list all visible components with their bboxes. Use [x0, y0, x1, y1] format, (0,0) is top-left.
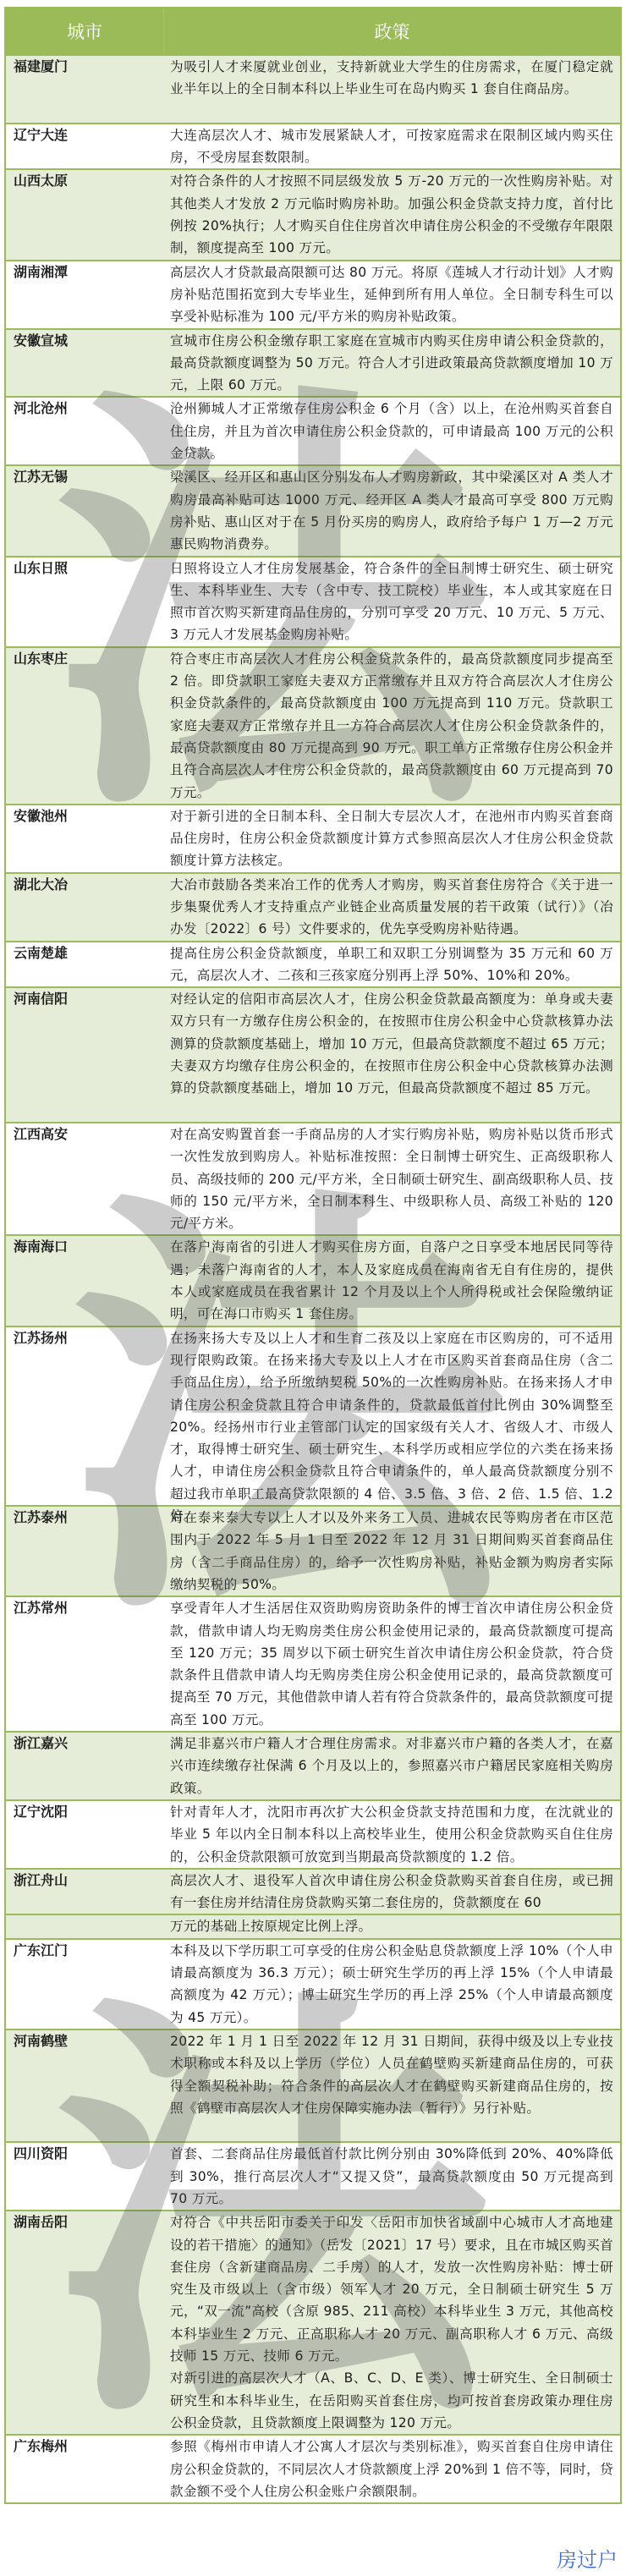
- header-city: 城市: [6, 8, 164, 54]
- table-row-continuation: 万元的基础上按原规定比例上浮。: [6, 1914, 620, 1937]
- city-cell: 浙江嘉兴: [6, 1733, 163, 1799]
- table-row: 云南楚雄提高住房公积金贷款额度，单职工和双职工分别调整为 35 万元和 60 万…: [6, 941, 620, 987]
- policy-text: 日照将设立人才住房发展基金，符合条件的全日制博士研究生、硕士研究生、本科毕业生、…: [170, 561, 613, 643]
- city-cell: 山西太原: [6, 170, 163, 259]
- policy-text: 大冶市鼓励各类来冶工作的优秀人才购房，购买首套住房符合《关于进一步集聚优秀人才支…: [170, 877, 613, 937]
- policy-text: 首套、二套商品住房最低首付款比例分别由 30%降低到 20%、40%降低到 30…: [170, 2146, 613, 2206]
- policy-cell: 大冶市鼓励各类来冶工作的优秀人才购房，购买首套住房符合《关于进一步集聚优秀人才支…: [163, 874, 620, 941]
- table-row: 广东江门本科及以下学历职工可享受的住房公积金贴息贷款额度上浮 10%（个人申请最…: [6, 1938, 620, 2029]
- table-row: 广东梅州参照《梅州市申请人才公寓人才层次与类别标准》，购买首套自住房申请住房公积…: [6, 2434, 620, 2502]
- table-row: 辽宁大连大连高层次人才、城市发展紧缺人才，可按家庭需求在限制区域内购买住房，不受…: [6, 123, 620, 169]
- policy-cell: 在扬来扬大专及以上人才和生育二孩及以上家庭在市区购房的，可不适用现行限购政策。在…: [163, 1327, 620, 1505]
- table-row: 江苏无锡梁溪区、经开区和惠山区分别发布人才购房新政，其中梁溪区对 A 类人才购房…: [6, 464, 620, 555]
- policy-text: 对经认定的信阳市高层次人才，住房公积金贷款最高额度为：单身或夫妻双方只有一方缴存…: [170, 991, 613, 1096]
- city-cell: 山东日照: [6, 557, 163, 646]
- policy-text: 对在泰来泰大专以上人才以及外来务工人员、进城农民等购房者在市区范围内于 2022…: [170, 1510, 613, 1592]
- policy-cell: 提高住房公积金贷款额度，单职工和双职工分别调整为 35 万元和 60 万元，高层…: [163, 942, 620, 987]
- table-row: 安徽宣城宣城市住房公积金缴存职工家庭在宣城市内购买住房申请公积金贷款的，最高贷款…: [6, 328, 620, 397]
- city-cell: 浙江舟山: [6, 1870, 163, 1914]
- policy-cell: 沧州狮城人才正常缴存住房公积金 6 个月（含）以上，在沧州购买首套自住住房，并且…: [163, 398, 620, 464]
- table-row: 山西太原对符合条件的人才按照不同层级发放 5 万-20 万元的一次性购房补贴。对…: [6, 168, 620, 259]
- city-cell: 江苏泰州: [6, 1507, 163, 1596]
- policy-cell: 为吸引人才来厦就业创业，支持新就业大学生的住房需求，在厦门稳定就业半年以上的全日…: [163, 56, 620, 123]
- policy-cell: 2022 年 1 月 1 日至 2022 年 12 月 31 日期间，获得中级及…: [163, 2030, 620, 2142]
- city-cell-empty: [6, 1915, 163, 1937]
- policy-cell: 宣城市住房公积金缴存职工家庭在宣城市内购买住房申请公积金贷款的，最高贷款额度调整…: [163, 330, 620, 397]
- table-row: 河北沧州沧州狮城人才正常缴存住房公积金 6 个月（含）以上，在沧州购买首套自住住…: [6, 396, 620, 464]
- city-cell: 湖北大冶: [6, 874, 163, 941]
- policy-text: 对在高安购置首套一手商品房的人才实行购房补贴，购房补贴以货币形式一次性发放到购房…: [170, 1127, 613, 1231]
- policy-cell: 满足非嘉兴市户籍人才合理住房需求。对非嘉兴市户籍的各类人才，在嘉兴市连续缴存社保…: [163, 1733, 620, 1799]
- table-row: 江西高安对在高安购置首套一手商品房的人才实行购房补贴，购房补贴以货币形式一次性发…: [6, 1122, 620, 1235]
- table-row: 山东枣庄符合枣庄市高层次人才住房公积金贷款条件的，最高贷款额度同步提高至 2 倍…: [6, 646, 620, 804]
- policy-text: 为吸引人才来厦就业创业，支持新就业大学生的住房需求，在厦门稳定就业半年以上的全日…: [170, 59, 613, 96]
- header-policy: 政策: [164, 19, 620, 44]
- policy-cell: 对符合条件的人才按照不同层级发放 5 万-20 万元的一次性购房补贴。对其他类人…: [163, 170, 620, 259]
- table-row: 安徽池州对于新引进的全日制本科、全日制大专层次人才，在池州市内购买首套商品住房时…: [6, 804, 620, 872]
- policy-cell: 参照《梅州市申请人才公寓人才层次与类别标准》，购买首套自住房申请住房公积金贷款的…: [163, 2436, 620, 2502]
- city-cell: 河南信阳: [6, 988, 163, 1122]
- policy-table: 城市 政策 福建厦门为吸引人才来厦就业创业，支持新就业大学生的住房需求，在厦门稳…: [4, 7, 622, 2504]
- city-cell: 江西高安: [6, 1123, 163, 1235]
- city-cell: 山东枣庄: [6, 648, 163, 804]
- table-row: 湖南岳阳对符合《中共岳阳市委关于印发〈岳阳市加快省域副中心城市人才高地建设的若干…: [6, 2210, 620, 2434]
- table-row: 四川资阳首套、二套商品住房最低首付款比例分别由 30%降低到 20%、40%降低…: [6, 2141, 620, 2210]
- city-cell: 广东江门: [6, 1940, 163, 2029]
- table-row: 河南鹤壁2022 年 1 月 1 日至 2022 年 12 月 31 日期间，获…: [6, 2029, 620, 2142]
- policy-text: 宣城市住房公积金缴存职工家庭在宣城市内购买住房申请公积金贷款的，最高贷款额度调整…: [170, 333, 613, 393]
- policy-text: 大连高层次人才、城市发展紧缺人才，可按家庭需求在限制区域内购买住房，不受房屋套数…: [170, 128, 613, 165]
- city-cell: 湖南岳阳: [6, 2211, 163, 2434]
- policy-text: 享受青年人才生活居住双资助购房资助条件的博士首次申请住房公积金贷款，借款申请人均…: [170, 1601, 613, 1727]
- city-cell: 江苏扬州: [6, 1327, 163, 1505]
- policy-text: 参照《梅州市申请人才公寓人才层次与类别标准》，购买首套自住房申请住房公积金贷款的…: [170, 2439, 613, 2499]
- table-row: 福建厦门为吸引人才来厦就业创业，支持新就业大学生的住房需求，在厦门稳定就业半年以…: [6, 54, 620, 123]
- policy-text: 满足非嘉兴市户籍人才合理住房需求。对非嘉兴市户籍的各类人才，在嘉兴市连续缴存社保…: [170, 1736, 613, 1796]
- city-cell: 湖南湘潭: [6, 261, 163, 328]
- table-row: 辽宁沈阳针对青年人才，沈阳市再次扩大公积金贷款支持范围和力度，在沈就业的毕业 5…: [6, 1799, 620, 1868]
- city-cell: 安徽宣城: [6, 330, 163, 397]
- policy-text: 对符合《中共岳阳市委关于印发〈岳阳市加快省域副中心城市人才高地建设的若干措施〉的…: [170, 2215, 613, 2364]
- table-row: 河南信阳对经认定的信阳市高层次人才，住房公积金贷款最高额度为：单身或夫妻双方只有…: [6, 986, 620, 1122]
- policy-cell: 高层次人才贷款最高限额可达 80 万元。将原《莲城人才行动计划》人才购房补贴范围…: [163, 261, 620, 328]
- corner-watermark-text: 房过户: [557, 2543, 618, 2573]
- table-row: 浙江舟山高层次人才、退役军人首次申请住房公积金贷款购买首套自住房，或已拥有一套住…: [6, 1868, 620, 1914]
- city-cell: 江苏常州: [6, 1597, 163, 1731]
- city-cell: 江苏无锡: [6, 466, 163, 555]
- policy-cell: 针对青年人才，沈阳市再次扩大公积金贷款支持范围和力度，在沈就业的毕业 5 年以内…: [163, 1801, 620, 1868]
- policy-cell: 对在泰来泰大专以上人才以及外来务工人员、进城农民等购房者在市区范围内于 2022…: [163, 1507, 620, 1596]
- policy-text: 对于新引进的全日制本科、全日制大专层次人才，在池州市内购买首套商品住房时，住房公…: [170, 809, 613, 869]
- policy-cell: 日照将设立人才住房发展基金，符合条件的全日制博士研究生、硕士研究生、本科毕业生、…: [163, 557, 620, 646]
- policy-text: 本科及以下学历职工可享受的住房公积金贴息贷款额度上浮 10%（个人申请最高额度为…: [170, 1943, 613, 2025]
- policy-text: 在落户海南省的引进人才购买住房方面，自落户之日享受本地居民同等待遇；未落户海南省…: [170, 1239, 613, 1321]
- city-cell: 河南鹤壁: [6, 2030, 163, 2142]
- table-row: 山东日照日照将设立人才住房发展基金，符合条件的全日制博士研究生、硕士研究生、本科…: [6, 556, 620, 646]
- policy-cell: 符合枣庄市高层次人才住房公积金贷款条件的，最高贷款额度同步提高至 2 倍。即贷款…: [163, 648, 620, 804]
- table-row: 湖北大冶大冶市鼓励各类来冶工作的优秀人才购房，购买首套住房符合《关于进一步集聚优…: [6, 872, 620, 941]
- policy-text: 高层次人才、退役军人首次申请住房公积金贷款购买首套自住房，或已拥有一套住房并结清…: [170, 1873, 613, 1910]
- city-cell: 辽宁大连: [6, 124, 163, 169]
- table-row: 湖南湘潭高层次人才贷款最高限额可达 80 万元。将原《莲城人才行动计划》人才购房…: [6, 260, 620, 328]
- table-body: 福建厦门为吸引人才来厦就业创业，支持新就业大学生的住房需求，在厦门稳定就业半年以…: [6, 54, 620, 2502]
- table-header: 城市 政策: [6, 8, 620, 54]
- policy-cell: 高层次人才、退役军人首次申请住房公积金贷款购买首套自住房，或已拥有一套住房并结清…: [163, 1870, 620, 1914]
- policy-cell: 对符合《中共岳阳市委关于印发〈岳阳市加快省域副中心城市人才高地建设的若干措施〉的…: [163, 2211, 620, 2434]
- city-cell: 海南海口: [6, 1236, 163, 1325]
- policy-text: 提高住房公积金贷款额度，单职工和双职工分别调整为 35 万元和 60 万元，高层…: [170, 946, 613, 983]
- city-cell: 福建厦门: [6, 56, 163, 123]
- city-cell: 河北沧州: [6, 398, 163, 464]
- city-cell: 安徽池州: [6, 805, 163, 872]
- policy-cell: 对经认定的信阳市高层次人才，住房公积金贷款最高额度为：单身或夫妻双方只有一方缴存…: [163, 988, 620, 1122]
- policy-cell: 首套、二套商品住房最低首付款比例分别由 30%降低到 20%、40%降低到 30…: [163, 2143, 620, 2210]
- policy-cell: 在落户海南省的引进人才购买住房方面，自落户之日享受本地居民同等待遇；未落户海南省…: [163, 1236, 620, 1325]
- policy-cell: 大连高层次人才、城市发展紧缺人才，可按家庭需求在限制区域内购买住房，不受房屋套数…: [163, 124, 620, 169]
- policy-text-extra: 对新引进的高层次人才（A、B、C、D、E 类）、博士研究生、全日制硕士研究生和本…: [170, 2367, 613, 2434]
- policy-text: 在扬来扬大专及以上人才和生育二孩及以上家庭在市区购房的，可不适用现行限购政策。在…: [170, 1331, 613, 1524]
- policy-cell: 对于新引进的全日制本科、全日制大专层次人才，在池州市内购买首套商品住房时，住房公…: [163, 805, 620, 872]
- policy-text: 符合枣庄市高层次人才住房公积金贷款条件的，最高贷款额度同步提高至 2 倍。即贷款…: [170, 651, 613, 800]
- table-row: 江苏泰州对在泰来泰大专以上人才以及外来务工人员、进城农民等购房者在市区范围内于 …: [6, 1505, 620, 1596]
- policy-cell: 万元的基础上按原规定比例上浮。: [163, 1915, 620, 1937]
- table-row: 江苏常州享受青年人才生活居住双资助购房资助条件的博士首次申请住房公积金贷款，借款…: [6, 1596, 620, 1731]
- policy-cell: 本科及以下学历职工可享受的住房公积金贴息贷款额度上浮 10%（个人申请最高额度为…: [163, 1940, 620, 2029]
- city-cell: 四川资阳: [6, 2143, 163, 2210]
- policy-text: 高层次人才贷款最高限额可达 80 万元。将原《莲城人才行动计划》人才购房补贴范围…: [170, 265, 613, 325]
- city-cell: 云南楚雄: [6, 942, 163, 987]
- table-row: 海南海口在落户海南省的引进人才购买住房方面，自落户之日享受本地居民同等待遇；未落…: [6, 1234, 620, 1325]
- policy-cell: 梁溪区、经开区和惠山区分别发布人才购房新政，其中梁溪区对 A 类人才购房最高补贴…: [163, 466, 620, 555]
- policy-cell: 享受青年人才生活居住双资助购房资助条件的博士首次申请住房公积金贷款，借款申请人均…: [163, 1597, 620, 1731]
- policy-text: 2022 年 1 月 1 日至 2022 年 12 月 31 日期间，获得中级及…: [170, 2034, 613, 2116]
- policy-cell: 对在高安购置首套一手商品房的人才实行购房补贴，购房补贴以货币形式一次性发放到购房…: [163, 1123, 620, 1235]
- policy-text: 梁溪区、经开区和惠山区分别发布人才购房新政，其中梁溪区对 A 类人才购房最高补贴…: [170, 470, 613, 552]
- policy-text: 对符合条件的人才按照不同层级发放 5 万-20 万元的一次性购房补贴。对其他类人…: [170, 173, 613, 255]
- table-row: 江苏扬州在扬来扬大专及以上人才和生育二孩及以上家庭在市区购房的，可不适用现行限购…: [6, 1326, 620, 1505]
- policy-text: 针对青年人才，沈阳市再次扩大公积金贷款支持范围和力度，在沈就业的毕业 5 年以内…: [170, 1804, 613, 1865]
- policy-text: 沧州狮城人才正常缴存住房公积金 6 个月（含）以上，在沧州购买首套自住住房，并且…: [170, 401, 613, 461]
- city-cell: 辽宁沈阳: [6, 1801, 163, 1868]
- table-row: 浙江嘉兴满足非嘉兴市户籍人才合理住房需求。对非嘉兴市户籍的各类人才，在嘉兴市连续…: [6, 1731, 620, 1799]
- city-cell: 广东梅州: [6, 2436, 163, 2502]
